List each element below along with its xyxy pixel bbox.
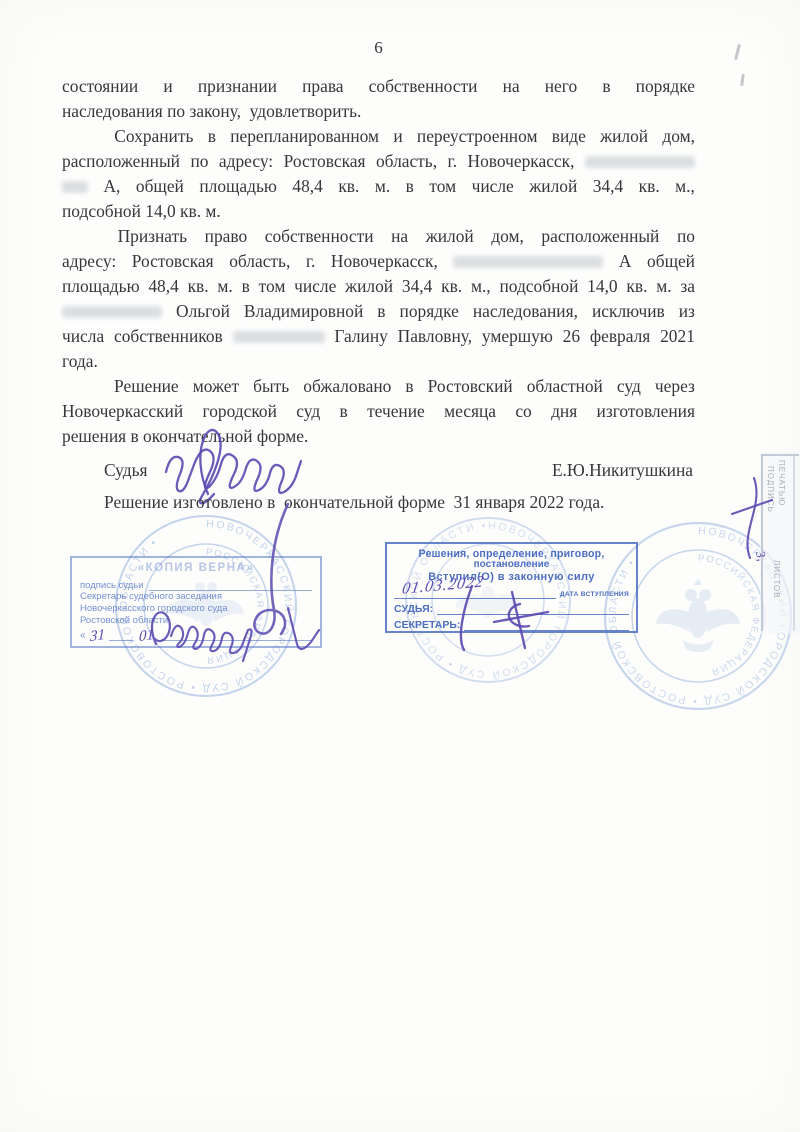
word: по: [677, 224, 695, 249]
text-line: года.: [62, 349, 695, 374]
word: Ростовский: [428, 374, 513, 399]
word: быть: [253, 374, 289, 399]
word: 48,4: [292, 174, 322, 199]
text-run: подсобной 14,0 кв. м.: [62, 201, 221, 221]
word: Ольгой: [176, 299, 230, 324]
word: м.,: [675, 174, 695, 199]
word: м.: [656, 274, 671, 299]
word: 2021: [660, 324, 695, 349]
word: А: [619, 249, 632, 274]
text-line: подсобной 14,0 кв. м.: [62, 199, 695, 224]
text-line: числасобственниковГалинуПавловну,умершую…: [62, 324, 695, 349]
word: со: [515, 399, 531, 424]
body-text: состоянииипризнанииправасобственностинан…: [62, 74, 695, 449]
text-line: состоянииипризнанииправасобственностинан…: [62, 74, 695, 99]
redacted-text: [233, 331, 325, 343]
scan-artifact: [734, 44, 741, 60]
word: собственности: [265, 224, 374, 249]
word: собственников: [114, 324, 223, 349]
word: права: [302, 74, 343, 99]
word: кв.: [626, 274, 647, 299]
redacted-text: [453, 256, 603, 268]
word: жилой: [600, 124, 648, 149]
text-line: наследования по закону, удовлетворить.: [62, 99, 695, 124]
text-line: РешениеможетбытьобжаловановРостовскийобл…: [62, 374, 695, 399]
word: за: [680, 274, 695, 299]
word: в: [405, 374, 413, 399]
handwritten-day: 31: [89, 630, 104, 642]
text-run: наследования по закону, удовлетворить.: [62, 101, 361, 121]
word: в: [602, 74, 610, 99]
word: Ростовская: [132, 249, 214, 274]
word: переустроенном: [417, 124, 538, 149]
word: 34,4: [593, 174, 623, 199]
word: состоянии: [62, 74, 138, 99]
word: числе: [294, 274, 336, 299]
word: наследования,: [473, 299, 578, 324]
text-line: Признатьправособственностинажилойдом,рас…: [62, 224, 695, 249]
word: Владимировной: [244, 299, 363, 324]
scan-artifact: [740, 74, 745, 86]
paragraph-indent: [62, 141, 100, 142]
word: Ростовская: [284, 149, 366, 174]
word: обжаловано: [303, 374, 391, 399]
word: площадью: [199, 174, 277, 199]
word: Решение: [114, 374, 179, 399]
word: и: [163, 74, 172, 99]
word: на: [503, 74, 520, 99]
word: дня: [551, 399, 577, 424]
word: Новочеркасск,: [331, 249, 438, 274]
word: и: [393, 124, 402, 149]
word: А,: [103, 174, 120, 199]
word: порядке: [636, 74, 695, 99]
entry-stamp-line2: постановление: [394, 559, 629, 570]
word: может: [193, 374, 239, 399]
word: Новочеркасск,: [468, 149, 575, 174]
word: адресу:: [62, 249, 116, 274]
word: февраля: [590, 324, 650, 349]
word: 26: [563, 324, 580, 349]
word: по: [190, 149, 208, 174]
eagle-emblem-icon: [656, 578, 740, 652]
word: 48,4: [148, 274, 178, 299]
redacted-text: [585, 156, 695, 168]
word: адресу:: [219, 149, 273, 174]
word: числе: [472, 174, 514, 199]
open-quote: «: [80, 630, 86, 641]
judge-name: Е.Ю.Никитушкина: [552, 460, 693, 481]
paragraph-indent: [62, 241, 100, 242]
date-underline: [109, 632, 133, 641]
word: м.: [375, 174, 390, 199]
word: в: [208, 124, 216, 149]
text-line: расположенныйпоадресу:Ростовскаяобласть,…: [62, 149, 695, 174]
text-line: площадью48,4кв.м.втомчислежилой34,4кв.м.…: [62, 274, 695, 299]
strip-border: [793, 455, 795, 631]
word: кв.: [639, 174, 660, 199]
word: право: [205, 224, 248, 249]
word: общей: [647, 249, 695, 274]
word: область,: [376, 149, 437, 174]
page-number: 6: [62, 38, 695, 58]
word: жилой: [529, 174, 577, 199]
word: том: [429, 174, 456, 199]
word: числа: [62, 324, 104, 349]
word: Павловну,: [398, 324, 472, 349]
paragraph-indent: [62, 391, 100, 392]
text-line: А,общейплощадью48,4кв.м.втомчислежилой34…: [62, 174, 695, 199]
word: м.: [217, 274, 232, 299]
word: месяца: [444, 399, 496, 424]
redacted-text: [62, 306, 162, 318]
word: дом,: [662, 124, 695, 149]
word: область,: [229, 249, 290, 274]
word: перепланированном: [230, 124, 379, 149]
word: в: [406, 174, 414, 199]
copy-stamp-signature-caption: подпись судьи: [80, 580, 144, 591]
word: в: [242, 274, 250, 299]
word: умершую: [482, 324, 553, 349]
entry-stamp-signatures: [428, 580, 578, 656]
word: течение: [367, 399, 425, 424]
word: из: [679, 299, 695, 324]
scanned-court-document-page: 6 состоянииипризнанииправасобственностин…: [0, 0, 800, 1132]
text-run: года.: [62, 351, 98, 371]
secretary-handwritten-signature: [140, 594, 345, 658]
word: виде: [552, 124, 586, 149]
word: признании: [198, 74, 277, 99]
word: расположенный: [541, 224, 659, 249]
word: г.: [306, 249, 316, 274]
word: в: [377, 299, 385, 324]
word: кв.: [338, 174, 359, 199]
word: изготовления: [597, 399, 695, 424]
word: площадью: [62, 274, 140, 299]
word: м.,: [471, 274, 491, 299]
word: собственности: [369, 74, 478, 99]
word: на: [391, 224, 408, 249]
word: дом,: [491, 224, 524, 249]
judge-label: Судья: [104, 460, 148, 481]
word: порядке: [400, 299, 459, 324]
word: кв.: [441, 274, 462, 299]
word: 34,4: [402, 274, 432, 299]
word: Признать: [118, 224, 188, 249]
word: 14,0: [587, 274, 617, 299]
word: областной: [527, 374, 603, 399]
word: подсобной: [499, 274, 578, 299]
redacted-text: [62, 181, 88, 193]
text-line: Сохранитьвперепланированномипереустроенн…: [62, 124, 695, 149]
word: исключив: [592, 299, 665, 324]
strip-handwritten-mark: [722, 470, 780, 574]
word: расположенный: [62, 149, 180, 174]
word: том: [259, 274, 286, 299]
word: Галину: [334, 324, 387, 349]
word: жилой: [426, 224, 474, 249]
word: него: [545, 74, 577, 99]
word: жилой: [345, 274, 393, 299]
word: через: [655, 374, 695, 399]
text-line: ОльгойВладимировнойвпорядкенаследования,…: [62, 299, 695, 324]
word: суд: [617, 374, 641, 399]
word: Сохранить: [114, 124, 193, 149]
word: кв.: [188, 274, 209, 299]
word: г.: [448, 149, 458, 174]
word: общей: [136, 174, 184, 199]
text-line: адресу:Ростовскаяобласть,г.Новочеркасск,…: [62, 249, 695, 274]
